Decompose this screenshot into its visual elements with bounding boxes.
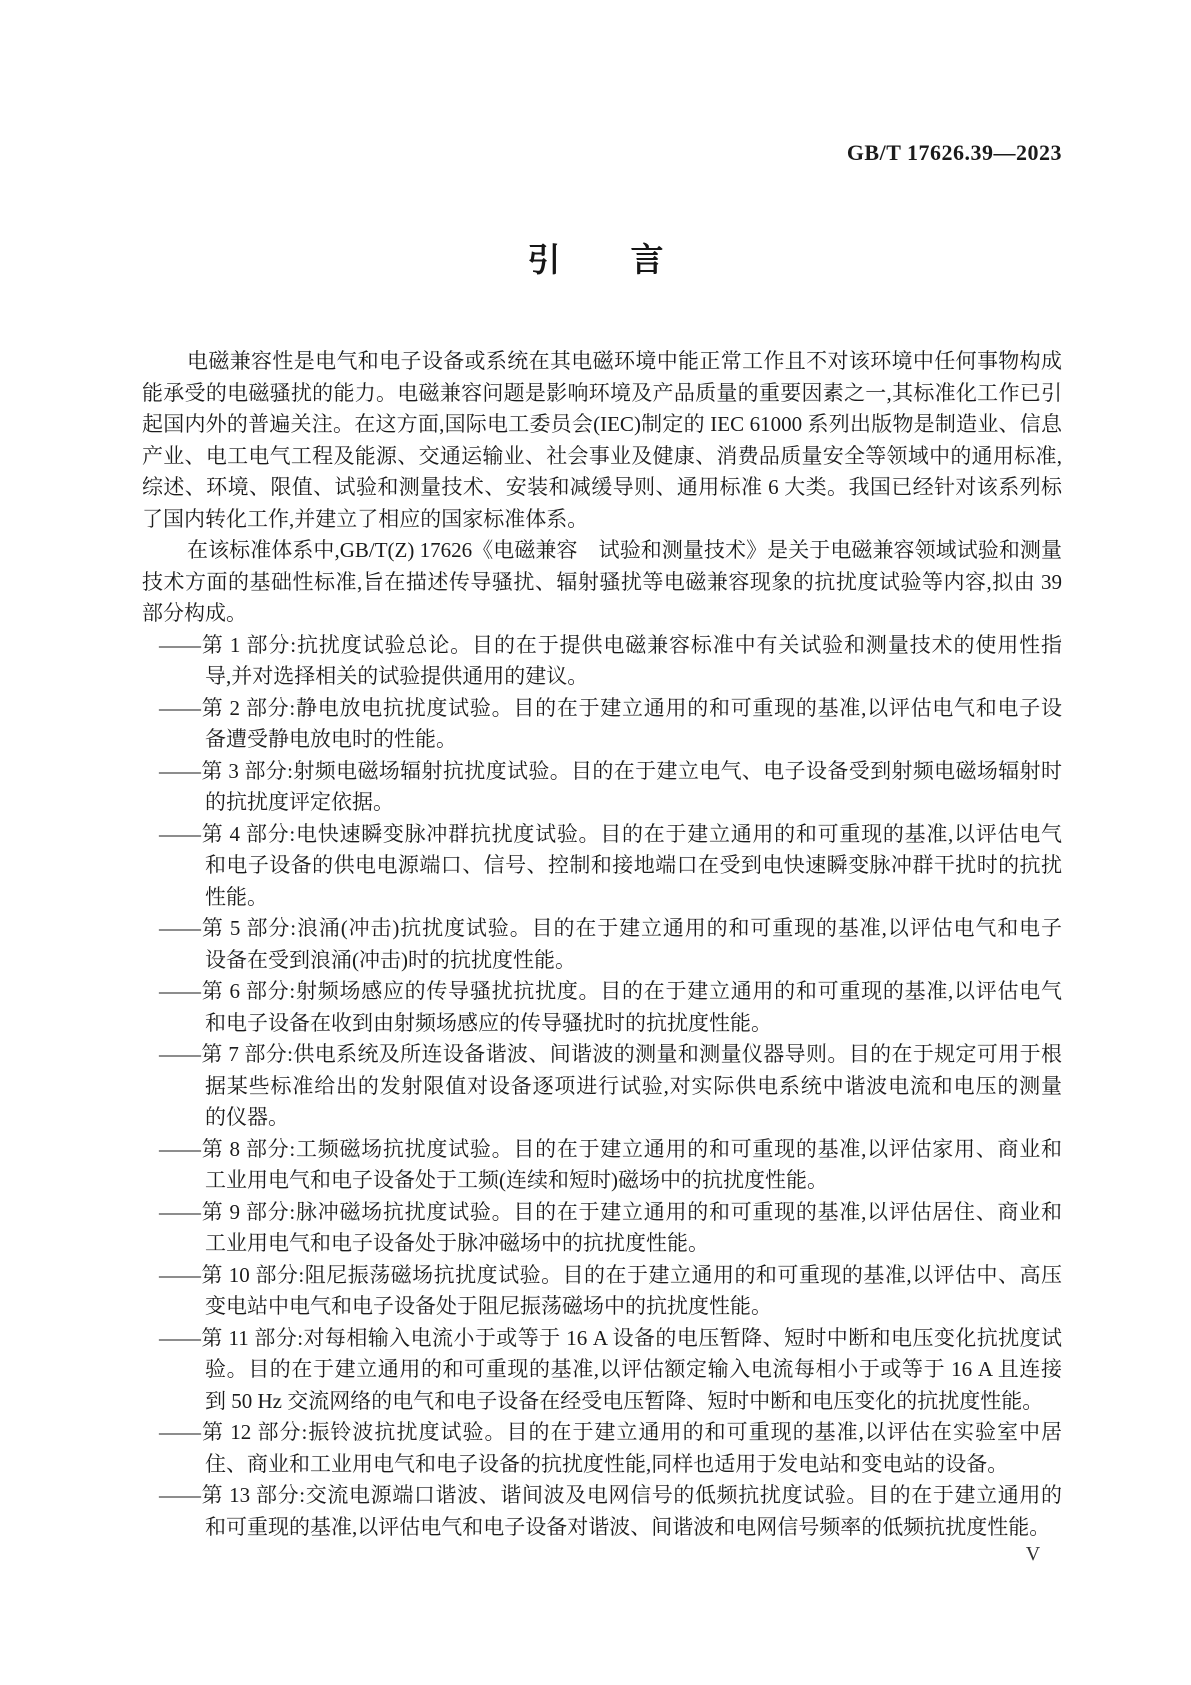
document-page: GB/T 17626.39—2023 引 言 电磁兼容性是电气和电子设备或系统在… <box>0 0 1191 1685</box>
list-item: ——第 5 部分:浪涌(冲击)抗扰度试验。目的在于建立通用的和可重现的基准,以评… <box>142 913 1062 976</box>
list-dash: —— <box>159 916 201 940</box>
text-line: 部分构成。 <box>142 598 1062 630</box>
list-item: ——第 1 部分:抗扰度试验总论。目的在于提供电磁兼容标准中有关试验和测量技术的… <box>142 630 1062 693</box>
text-line: 设备在受到浪涌(冲击)时的抗扰度性能。 <box>142 945 1062 977</box>
page-title: 引 言 <box>0 234 1191 281</box>
list-dash: —— <box>159 1263 201 1287</box>
text-line: ——第 8 部分:工频磁场抗扰度试验。目的在于建立通用的和可重现的基准,以评估家… <box>142 1134 1062 1166</box>
list-item: ——第 6 部分:射频场感应的传导骚扰抗扰度。目的在于建立通用的和可重现的基准,… <box>142 976 1062 1039</box>
list-dash: —— <box>159 1042 201 1066</box>
text-line: 住、商业和工业用电气和电子设备的抗扰度性能,同样也适用于发电站和变电站的设备。 <box>142 1449 1062 1481</box>
text-line: ——第 12 部分:振铃波抗扰度试验。目的在于建立通用的和可重现的基准,以评估在… <box>142 1417 1062 1449</box>
list-dash: —— <box>159 979 201 1003</box>
list-item: ——第 9 部分:脉冲磁场抗扰度试验。目的在于建立通用的和可重现的基准,以评估居… <box>142 1197 1062 1260</box>
text-line: 技术方面的基础性标准,旨在描述传导骚扰、辐射骚扰等电磁兼容现象的抗扰度试验等内容… <box>142 567 1062 599</box>
text-line: 性能。 <box>142 882 1062 914</box>
text-line: 导,并对选择相关的试验提供通用的建议。 <box>142 661 1062 693</box>
text-line: ——第 11 部分:对每相输入电流小于或等于 16 A 设备的电压暂降、短时中断… <box>142 1323 1062 1355</box>
text-line: ——第 3 部分:射频电磁场辐射抗扰度试验。目的在于建立电气、电子设备受到射频电… <box>142 756 1062 788</box>
page-title-char-1: 引 <box>528 234 561 281</box>
text-line: 能承受的电磁骚扰的能力。电磁兼容问题是影响环境及产品质量的重要因素之一,其标准化… <box>142 378 1062 410</box>
list-dash: —— <box>159 822 201 846</box>
text-line: ——第 13 部分:交流电源端口谐波、谐间波及电网信号的低频抗扰度试验。目的在于… <box>142 1480 1062 1512</box>
text-line: 和可重现的基准,以评估电气和电子设备对谐波、间谐波和电网信号频率的低频抗扰度性能… <box>142 1512 1062 1544</box>
page-title-char-2: 言 <box>631 234 664 281</box>
intro-paragraph: 在该标准体系中,GB/T(Z) 17626《电磁兼容 试验和测量技术》是关于电磁… <box>142 535 1062 630</box>
text-line: 备遭受静电放电时的性能。 <box>142 724 1062 756</box>
text-line: ——第 6 部分:射频场感应的传导骚扰抗扰度。目的在于建立通用的和可重现的基准,… <box>142 976 1062 1008</box>
text-line: ——第 2 部分:静电放电抗扰度试验。目的在于建立通用的和可重现的基准,以评估电… <box>142 693 1062 725</box>
text-line: 了国内转化工作,并建立了相应的国家标准体系。 <box>142 504 1062 536</box>
text-line: 据某些标准给出的发射限值对设备逐项进行试验,对实际供电系统中谐波电流和电压的测量 <box>142 1071 1062 1103</box>
list-item: ——第 2 部分:静电放电抗扰度试验。目的在于建立通用的和可重现的基准,以评估电… <box>142 693 1062 756</box>
text-line: 工业用电气和电子设备处于工频(连续和短时)磁场中的抗扰度性能。 <box>142 1165 1062 1197</box>
list-dash: —— <box>159 1326 201 1350</box>
list-item: ——第 7 部分:供电系统及所连设备谐波、间谐波的测量和测量仪器导则。目的在于规… <box>142 1039 1062 1134</box>
text-line: ——第 1 部分:抗扰度试验总论。目的在于提供电磁兼容标准中有关试验和测量技术的… <box>142 630 1062 662</box>
list-item: ——第 8 部分:工频磁场抗扰度试验。目的在于建立通用的和可重现的基准,以评估家… <box>142 1134 1062 1197</box>
list-item: ——第 10 部分:阻尼振荡磁场抗扰度试验。目的在于建立通用的和可重现的基准,以… <box>142 1260 1062 1323</box>
list-item: ——第 4 部分:电快速瞬变脉冲群抗扰度试验。目的在于建立通用的和可重现的基准,… <box>142 819 1062 914</box>
list-dash: —— <box>159 759 201 783</box>
document-body: 电磁兼容性是电气和电子设备或系统在其电磁环境中能正常工作且不对该环境中任何事物构… <box>142 346 1062 1543</box>
text-line: 产业、电工电气工程及能源、交通运输业、社会事业及健康、消费品质量安全等领域中的通… <box>142 441 1062 473</box>
text-line: ——第 9 部分:脉冲磁场抗扰度试验。目的在于建立通用的和可重现的基准,以评估居… <box>142 1197 1062 1229</box>
standard-code: GB/T 17626.39—2023 <box>142 140 1062 166</box>
list-dash: —— <box>159 1137 201 1161</box>
list-dash: —— <box>159 1420 201 1444</box>
text-line: 的抗扰度评定依据。 <box>142 787 1062 819</box>
text-line: ——第 4 部分:电快速瞬变脉冲群抗扰度试验。目的在于建立通用的和可重现的基准,… <box>142 819 1062 851</box>
text-line: 起国内外的普遍关注。在这方面,国际电工委员会(IEC)制定的 IEC 61000… <box>142 409 1062 441</box>
list-dash: —— <box>159 1483 201 1507</box>
text-line: 电磁兼容性是电气和电子设备或系统在其电磁环境中能正常工作且不对该环境中任何事物构… <box>142 346 1062 378</box>
text-line: 验。目的在于建立通用的和可重现的基准,以评估额定输入电流每相小于或等于 16 A… <box>142 1354 1062 1386</box>
list-item: ——第 11 部分:对每相输入电流小于或等于 16 A 设备的电压暂降、短时中断… <box>142 1323 1062 1418</box>
text-line: 的仪器。 <box>142 1102 1062 1134</box>
list-dash: —— <box>159 696 201 720</box>
list-item: ——第 13 部分:交流电源端口谐波、谐间波及电网信号的低频抗扰度试验。目的在于… <box>142 1480 1062 1543</box>
page-number: V <box>1019 1543 1047 1566</box>
text-line: 变电站中电气和电子设备处于阻尼振荡磁场中的抗扰度性能。 <box>142 1291 1062 1323</box>
text-line: 在该标准体系中,GB/T(Z) 17626《电磁兼容 试验和测量技术》是关于电磁… <box>142 535 1062 567</box>
text-line: ——第 10 部分:阻尼振荡磁场抗扰度试验。目的在于建立通用的和可重现的基准,以… <box>142 1260 1062 1292</box>
intro-paragraph: 电磁兼容性是电气和电子设备或系统在其电磁环境中能正常工作且不对该环境中任何事物构… <box>142 346 1062 535</box>
text-line: ——第 7 部分:供电系统及所连设备谐波、间谐波的测量和测量仪器导则。目的在于规… <box>142 1039 1062 1071</box>
list-dash: —— <box>159 633 201 657</box>
list-dash: —— <box>159 1200 201 1224</box>
text-line: 和电子设备在收到由射频场感应的传导骚扰时的抗扰度性能。 <box>142 1008 1062 1040</box>
list-item: ——第 3 部分:射频电磁场辐射抗扰度试验。目的在于建立电气、电子设备受到射频电… <box>142 756 1062 819</box>
text-line: 综述、环境、限值、试验和测量技术、安装和减缓导则、通用标准 6 大类。我国已经针… <box>142 472 1062 504</box>
text-line: 到 50 Hz 交流网络的电气和电子设备在经受电压暂降、短时中断和电压变化的抗扰… <box>142 1386 1062 1418</box>
text-line: ——第 5 部分:浪涌(冲击)抗扰度试验。目的在于建立通用的和可重现的基准,以评… <box>142 913 1062 945</box>
list-item: ——第 12 部分:振铃波抗扰度试验。目的在于建立通用的和可重现的基准,以评估在… <box>142 1417 1062 1480</box>
text-line: 和电子设备的供电电源端口、信号、控制和接地端口在受到电快速瞬变脉冲群干扰时的抗扰… <box>142 850 1062 882</box>
text-line: 工业用电气和电子设备处于脉冲磁场中的抗扰度性能。 <box>142 1228 1062 1260</box>
